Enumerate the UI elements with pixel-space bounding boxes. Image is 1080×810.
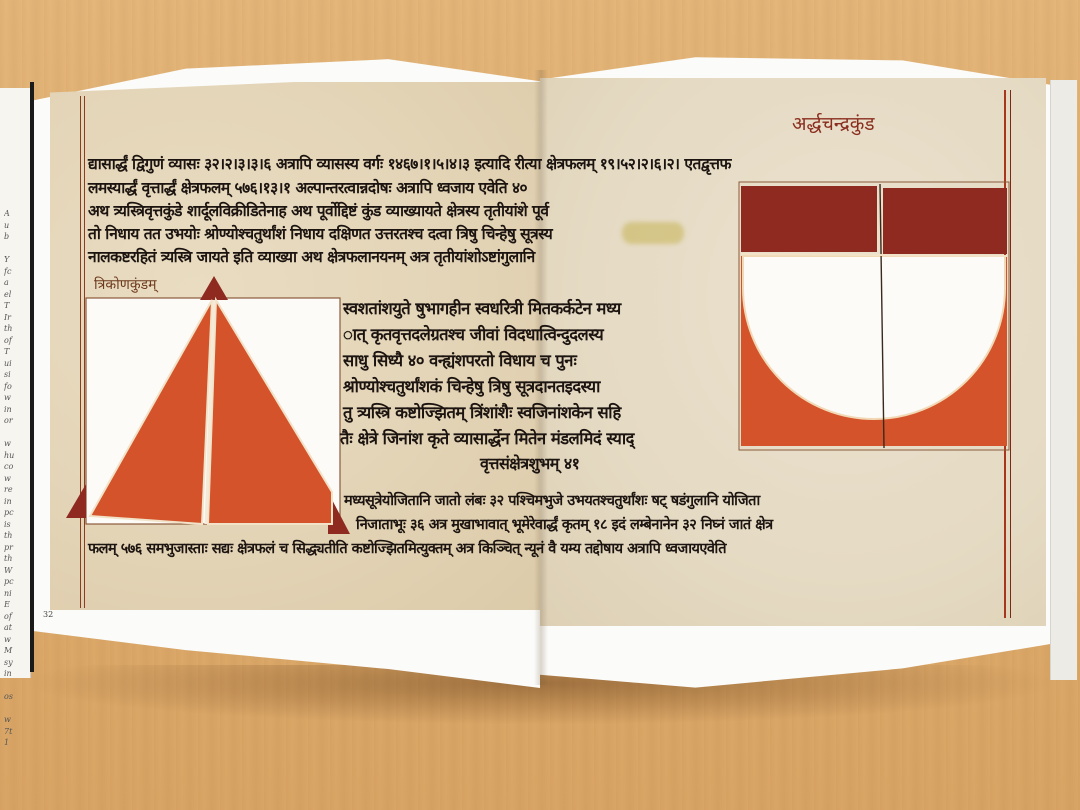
right-page-stack-edge	[1050, 80, 1077, 680]
manuscript-line: निजाताभूः ३६ अत्र मुखाभावात् भूमेरेवार्द…	[356, 514, 773, 534]
page-edge-shadow	[30, 82, 34, 672]
manuscript-line: अथ त्र्यस्त्रिवृत्तकुंडे शार्दूलविक्रीडि…	[88, 199, 548, 221]
margin-text-fragment: A u b Y fc a el T Ir th of T ui si fo w …	[4, 208, 26, 749]
manuscript-line: द्यासार्द्धं द्विगुणं व्यासः ३२।२।३।३।६ …	[88, 152, 731, 174]
manuscript-line: तो निधाय तत उभयोः श्रोण्योश्चतुर्थांशं न…	[88, 222, 552, 244]
manuscript-line: तु त्र्यस्त्रि कष्टोज्झितम् त्रिंशांशैः …	[343, 400, 621, 423]
half-moon-kund-diagram	[735, 178, 1013, 454]
manuscript-line: मध्यसूत्रेयोजितानि जातो लंबः ३२ पश्चिमभु…	[344, 490, 760, 510]
manuscript-line: श्रोण्योश्चतुर्थांशकं चिन्हेषु त्रिषु सू…	[343, 374, 600, 397]
manuscript-line: फलम् ५७६ समभुजास्ताः सद्यः क्षेत्रफलं च …	[88, 538, 726, 558]
manuscript-line: नालकष्टरहितं त्र्यस्त्रि जायते इति व्याख…	[88, 245, 535, 267]
open-book: A u b Y fc a el T Ir th of T ui si fo w …	[0, 0, 1080, 810]
half-moon-kund-title: अर्द्धचन्द्रकुंड	[792, 110, 874, 136]
ochre-highlight-mark	[622, 222, 684, 244]
previous-page-edge: A u b Y fc a el T Ir th of T ui si fo w …	[0, 88, 31, 678]
triangle-kund-diagram	[62, 272, 354, 538]
page-number: 32	[43, 610, 53, 619]
manuscript-line: स्वशतांशयुते षुभागहीन स्वधरित्री मितकर्क…	[343, 296, 621, 319]
manuscript-line: साधु सिध्यै ४० वन्ह्यंशपरतो विधाय च पुनः	[343, 348, 576, 371]
manuscript-line: ात् कृतवृत्तदलेग्रतश्च जीवां विदधात्विन्…	[343, 322, 603, 345]
manuscript-line: वृत्तसंक्षेत्रशुभम् ४१	[480, 452, 579, 474]
manuscript-line: लमस्यार्द्धं वृत्तार्द्धं क्षेत्रफलम् ५७…	[88, 176, 527, 198]
manuscript-line: तैः क्षेत्रे जिनांश कृते व्यासार्द्धेन म…	[340, 426, 634, 449]
